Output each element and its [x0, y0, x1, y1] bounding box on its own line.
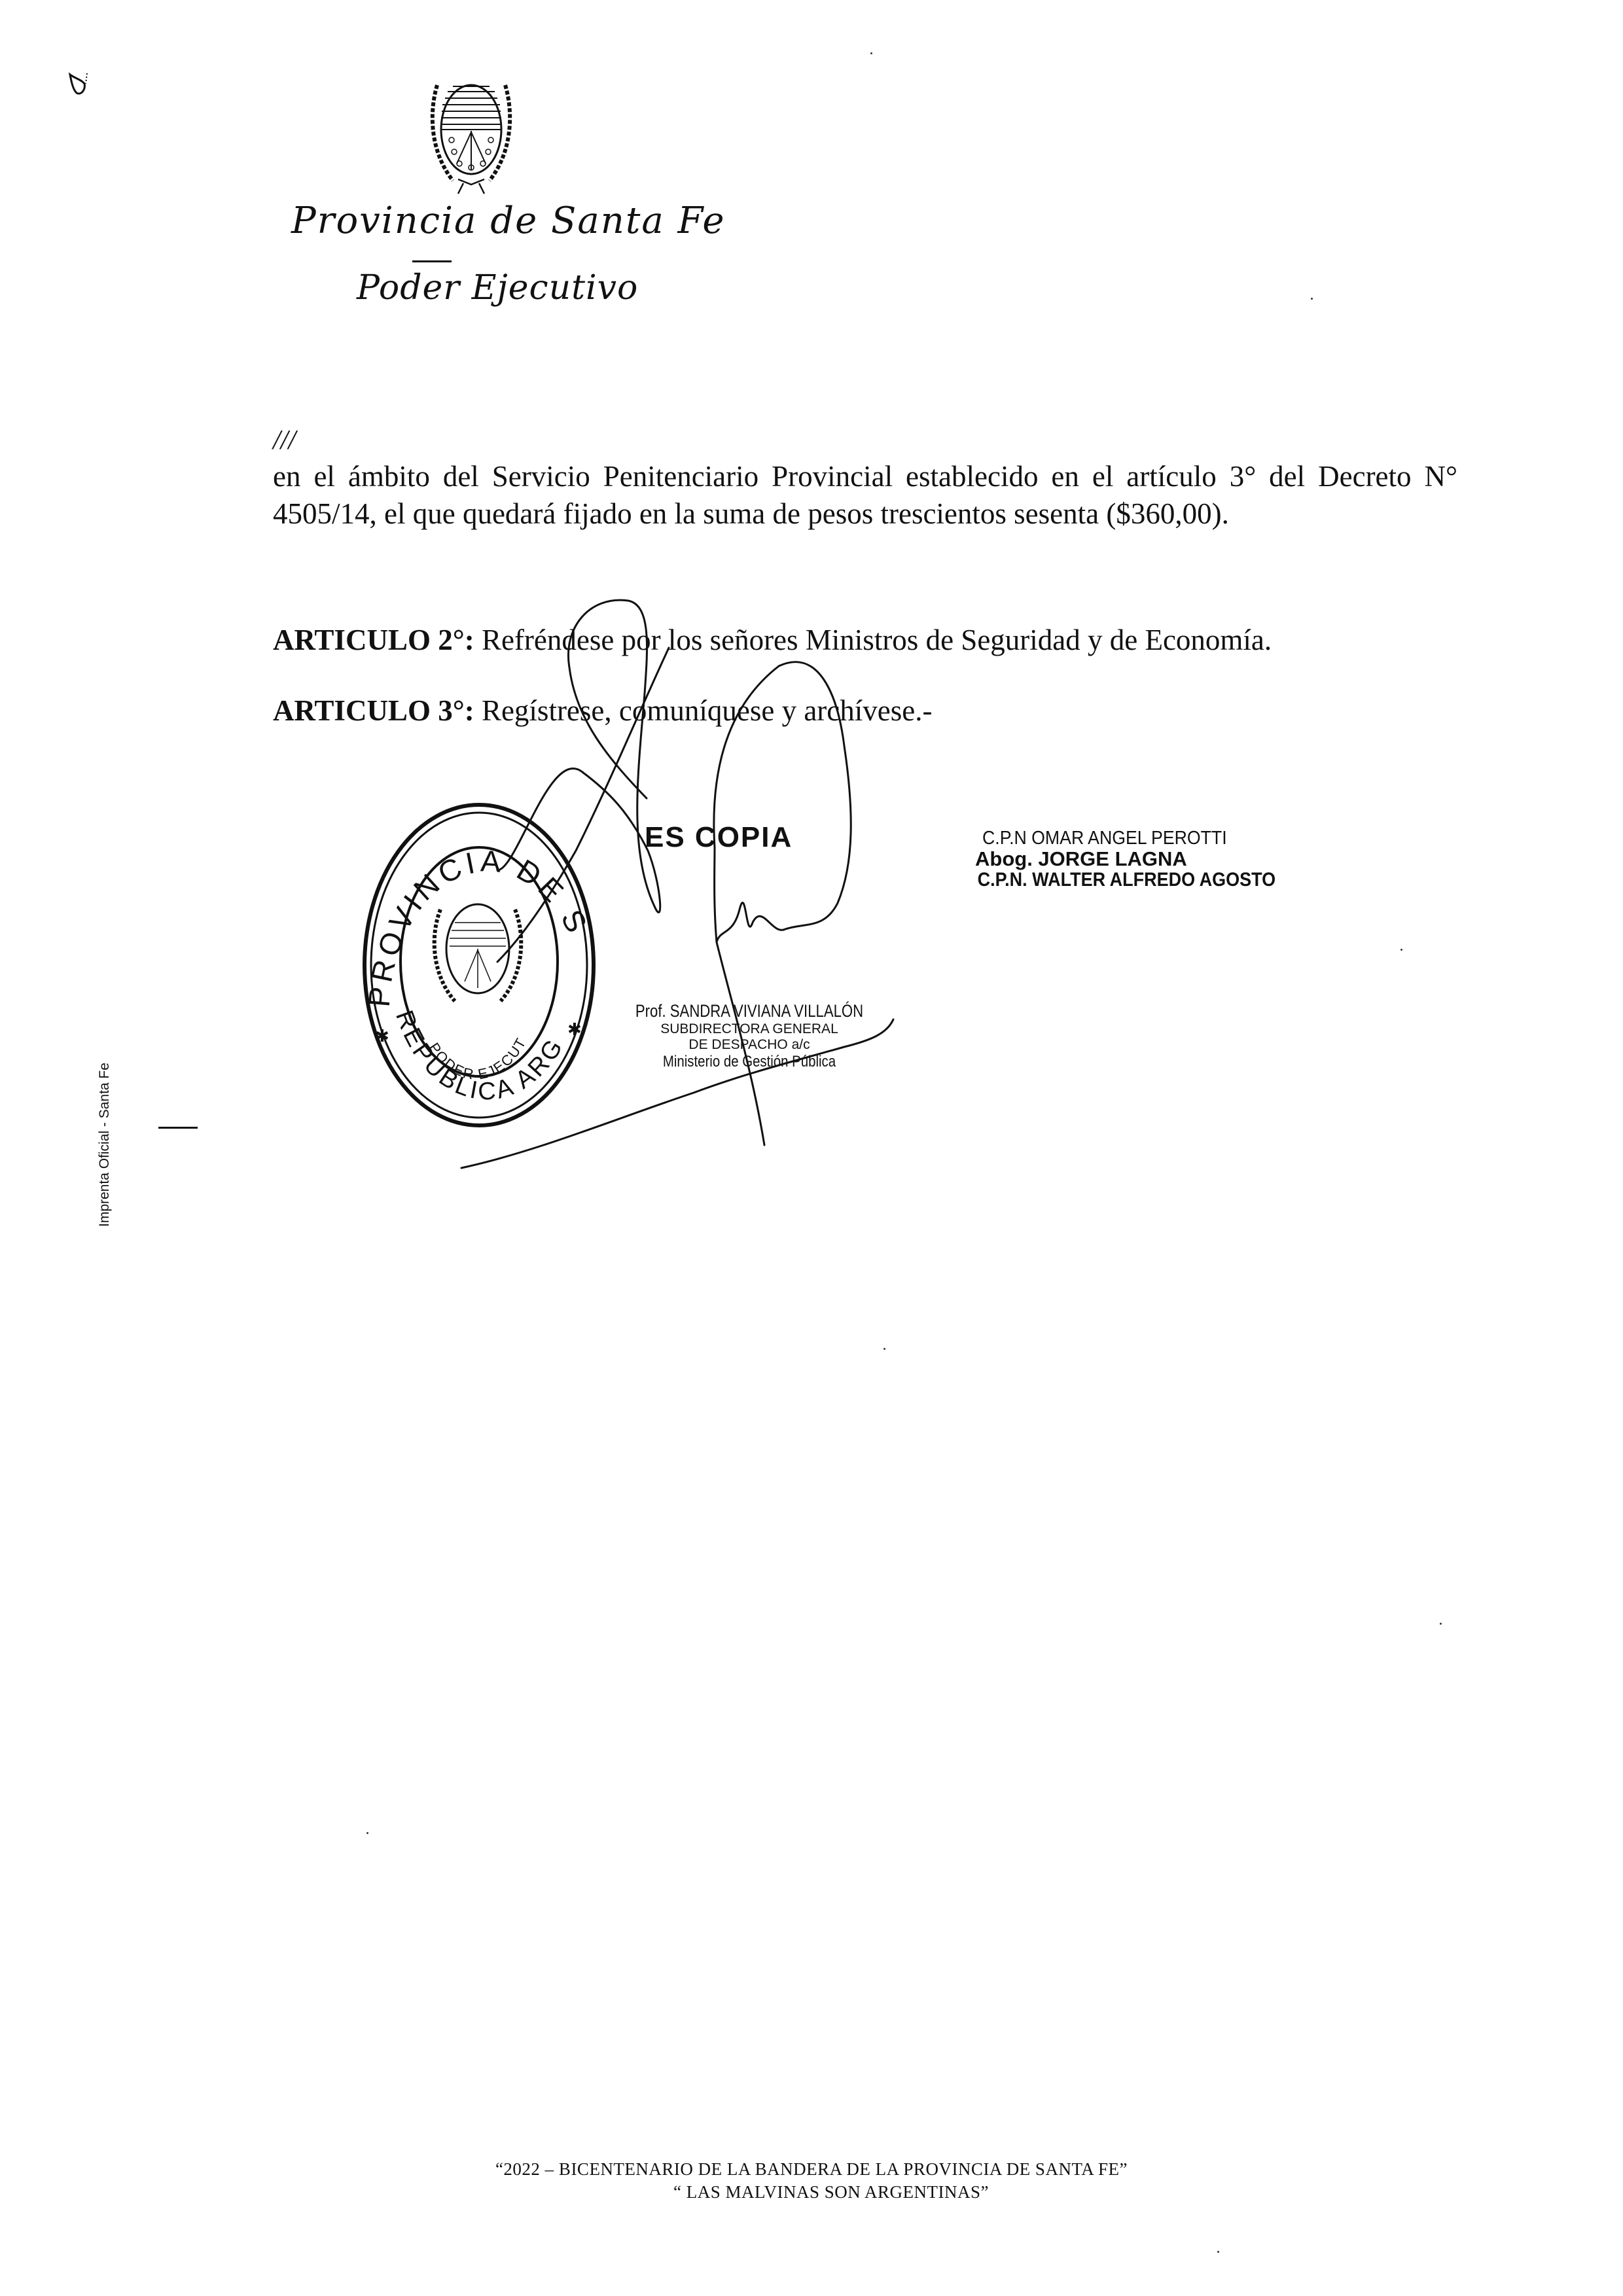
article-3: ARTICULO 3°: Regístrese, comuníquese y a… [273, 692, 932, 730]
scan-speck [1440, 1623, 1442, 1625]
stamp-outer-text: PROVINCIA DE SANTA FE [357, 792, 596, 1008]
article-2-label: ARTICULO 2°: [273, 624, 474, 656]
article-2: ARTICULO 2°: Refréndese por los señores … [273, 622, 1272, 659]
stamp-star-right: ✱ [567, 1020, 582, 1040]
endorser-3: C.P.N. WALTER ALFREDO AGOSTO [975, 870, 1275, 891]
header-branch: Poder Ejecutivo [357, 268, 638, 308]
article-2-text: Refréndese por los señores Ministros de … [474, 624, 1272, 656]
signer-title-1: SUBDIRECTORA GENERAL [592, 1021, 906, 1037]
signer-ministry: Ministerio de Gestión Pública [616, 1053, 883, 1071]
continuation-mark: /// [273, 422, 296, 459]
handwritten-corner-mark [62, 65, 101, 105]
official-stamp: PROVINCIA DE SANTA FE REPUBLICA ARGENTIN… [357, 792, 602, 1139]
printer-margin-note: Imprenta Oficial - Santa Fe [97, 1063, 113, 1227]
header-divider [412, 260, 452, 262]
coat-of-arms-icon [419, 72, 524, 196]
scan-speck [366, 1832, 368, 1834]
stamp-star-left: ✱ [375, 1027, 389, 1046]
footer-line-1: “2022 – BICENTENARIO DE LA BANDERA DE LA… [0, 2159, 1623, 2180]
endorsing-ministers: C.P.N OMAR ANGEL PEROTTI Abog. JORGE LAG… [975, 828, 1309, 891]
handwritten-signature [0, 0, 1623, 2296]
certified-copy-label: ES COPIA [645, 821, 793, 854]
signer-block: Prof. SANDRA VIVIANA VILLALÓN SUBDIRECTO… [592, 1001, 906, 1071]
scan-speck [883, 1348, 885, 1350]
scan-speck [1217, 2251, 1219, 2253]
signer-title-2: DE DESPACHO a/c [592, 1037, 906, 1053]
body-paragraph: en el ámbito del Servicio Penitenciario … [273, 458, 1457, 533]
scan-speck [1311, 298, 1313, 300]
scan-speck [1400, 949, 1402, 951]
footer-line-2: “ LAS MALVINAS SON ARGENTINAS” [39, 2182, 1623, 2202]
header-province: Provincia de Santa Fe [291, 200, 725, 242]
endorser-2: Abog. JORGE LAGNA [975, 849, 1309, 870]
article-3-text: Regístrese, comuníquese y archívese.- [474, 694, 933, 727]
endorser-1: C.P.N OMAR ANGEL PEROTTI [975, 828, 1282, 849]
article-3-label: ARTICULO 3°: [273, 694, 474, 727]
svg-text:PROVINCIA DE SANTA FE: PROVINCIA DE SANTA FE [357, 792, 596, 1008]
signer-name: Prof. SANDRA VIVIANA VILLALÓN [620, 1001, 878, 1021]
scan-speck [870, 52, 872, 54]
footer: “2022 – BICENTENARIO DE LA BANDERA DE LA… [0, 2159, 1623, 2202]
margin-dash [158, 1127, 198, 1129]
